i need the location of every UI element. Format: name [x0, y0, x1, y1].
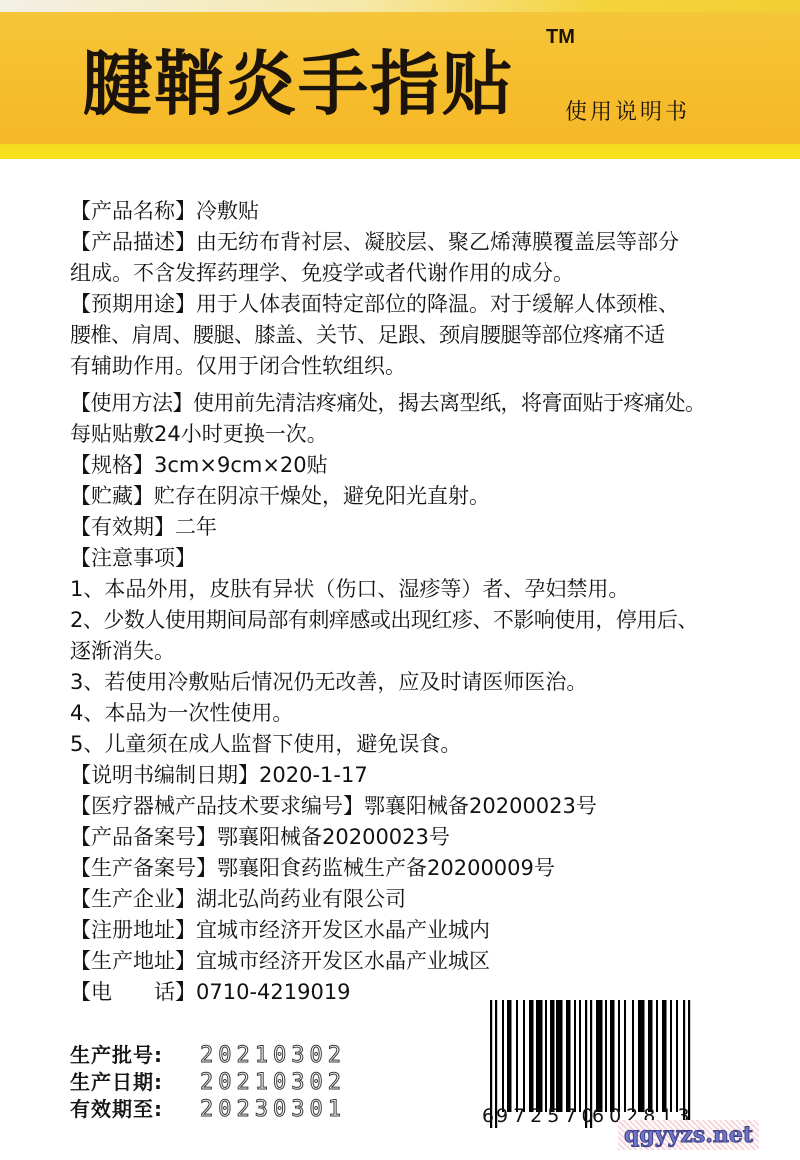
section-continuation: 腰椎、肩周、腰腿、膝盖、关节、足跟、颈肩腰腿等部位疼痛不适 — [70, 320, 770, 351]
precaution-item: 3、若使用冷敷贴后情况仍无改善，应及时请医师医治。 — [70, 667, 770, 698]
section-text: 使用前先清洁疼痛处，揭去离型纸，将膏面贴于疼痛处。 — [193, 391, 706, 415]
trademark-mark: TM — [546, 26, 575, 49]
precaution-item: 5、儿童须在成人监督下使用，避免误食。 — [70, 729, 770, 760]
batch-label: 生产批号: — [70, 1042, 200, 1069]
section-precautions-heading: 【注意事项】 — [70, 543, 770, 574]
section-continuation: 组成。不含发挥药理学、免疫学或者代谢作用的成分。 — [70, 258, 770, 289]
product-title: 腱鞘炎手指贴 — [82, 44, 514, 124]
precaution-item-continuation: 逐渐消失。 — [70, 636, 770, 667]
section-text: 用于人体表面特定部位的降温。对于缓解人体颈椎、 — [196, 292, 679, 316]
section-usage: 【使用方法】使用前先清洁疼痛处，揭去离型纸，将膏面贴于疼痛处。 — [70, 388, 770, 419]
section-text: 贮存在阴凉干燥处，避免阳光直射。 — [154, 484, 490, 508]
production-date-row: 生产日期: 20210302 — [70, 1069, 346, 1096]
reg-value: 鄂襄阳械备20200023号 — [217, 825, 450, 849]
section-shelf-life: 【有效期】二年 — [70, 512, 770, 543]
header-banner-stripe — [0, 144, 800, 159]
reg-label: 【注册地址】 — [70, 918, 196, 942]
reg-value: 宜城市经济开发区水晶产业城内 — [196, 918, 490, 942]
reg-value: 2020-1-17 — [259, 763, 368, 787]
section-text: 由无纺布背衬层、凝胶层、聚乙烯薄膜覆盖层等部分 — [196, 230, 679, 254]
reg-value: 湖北弘尚药业有限公司 — [196, 887, 406, 911]
batch-info: 生产批号: 20210302 生产日期: 20210302 有效期至: 2023… — [70, 1042, 346, 1123]
reg-production-filing-no: 【生产备案号】鄂襄阳食药监械生产备20200009号 — [70, 853, 770, 884]
reg-value: 鄂襄阳械备20200023号 — [364, 794, 597, 818]
reg-label: 【生产备案号】 — [70, 856, 217, 880]
reg-label: 【生产地址】 — [70, 949, 196, 973]
precaution-item: 4、本品为一次性使用。 — [70, 698, 770, 729]
section-storage: 【贮藏】贮存在阴凉干燥处，避免阳光直射。 — [70, 481, 770, 512]
section-continuation: 每贴贴敷24小时更换一次。 — [70, 419, 770, 450]
reg-value: 鄂襄阳食药监械生产备20200009号 — [217, 856, 555, 880]
section-label: 【规格】 — [70, 453, 154, 477]
section-label: 【产品名称】 — [70, 199, 196, 223]
reg-value: 0710-4219019 — [196, 980, 351, 1004]
batch-label: 生产日期: — [70, 1069, 200, 1096]
section-label: 【使用方法】 — [70, 391, 193, 415]
document-subtitle: 使用说明书 — [565, 95, 690, 126]
batch-value: 20210302 — [200, 1042, 346, 1069]
reg-label: 【电 话】 — [70, 980, 196, 1004]
section-specification: 【规格】3cm×9cm×20贴 — [70, 450, 770, 481]
batch-label: 有效期至: — [70, 1096, 200, 1123]
reg-production-address: 【生产地址】宜城市经济开发区水晶产业城区 — [70, 946, 770, 977]
reg-manufacturer: 【生产企业】湖北弘尚药业有限公司 — [70, 884, 770, 915]
expiry-date-row: 有效期至: 20230301 — [70, 1096, 346, 1123]
section-text: 冷敷贴 — [196, 199, 259, 223]
reg-product-filing-no: 【产品备案号】鄂襄阳械备20200023号 — [70, 822, 770, 853]
section-intended-use: 【预期用途】用于人体表面特定部位的降温。对于缓解人体颈椎、 — [70, 289, 770, 320]
section-label: 【贮藏】 — [70, 484, 154, 508]
batch-value: 20210302 — [200, 1069, 346, 1096]
section-product-description: 【产品描述】由无纺布背衬层、凝胶层、聚乙烯薄膜覆盖层等部分 — [70, 227, 770, 258]
batch-value: 20230301 — [200, 1096, 346, 1123]
reg-compile-date: 【说明书编制日期】2020-1-17 — [70, 760, 770, 791]
precaution-item: 2、少数人使用期间局部有刺痒感或出现红疹、不影响使用，停用后、 — [70, 605, 770, 636]
section-label: 【预期用途】 — [70, 292, 196, 316]
precaution-item: 1、本品外用，皮肤有异状（伤口、湿疹等）者、孕妇禁用。 — [70, 574, 770, 605]
barcode-left-group: 972570 — [496, 1105, 599, 1127]
instructions-body: 【产品名称】冷敷贴 【产品描述】由无纺布背衬层、凝胶层、聚乙烯薄膜覆盖层等部分 … — [70, 196, 770, 1008]
section-label: 【有效期】 — [70, 515, 175, 539]
section-text: 3cm×9cm×20贴 — [154, 453, 328, 477]
section-product-name: 【产品名称】冷敷贴 — [70, 196, 770, 227]
section-label: 【产品描述】 — [70, 230, 196, 254]
section-text: 二年 — [175, 515, 217, 539]
reg-label: 【说明书编制日期】 — [70, 763, 259, 787]
reg-tech-requirement-no: 【医疗器械产品技术要求编号】鄂襄阳械备20200023号 — [70, 791, 770, 822]
batch-number-row: 生产批号: 20210302 — [70, 1042, 346, 1069]
reg-label: 【生产企业】 — [70, 887, 196, 911]
section-continuation: 有辅助作用。仅用于闭合性软组织。 — [70, 351, 770, 382]
reg-label: 【医疗器械产品技术要求编号】 — [70, 794, 364, 818]
reg-label: 【产品备案号】 — [70, 825, 217, 849]
site-watermark: qgyyzs.net — [618, 1120, 759, 1150]
reg-registered-address: 【注册地址】宜城市经济开发区水晶产业城内 — [70, 915, 770, 946]
reg-value: 宜城市经济开发区水晶产业城区 — [196, 949, 490, 973]
